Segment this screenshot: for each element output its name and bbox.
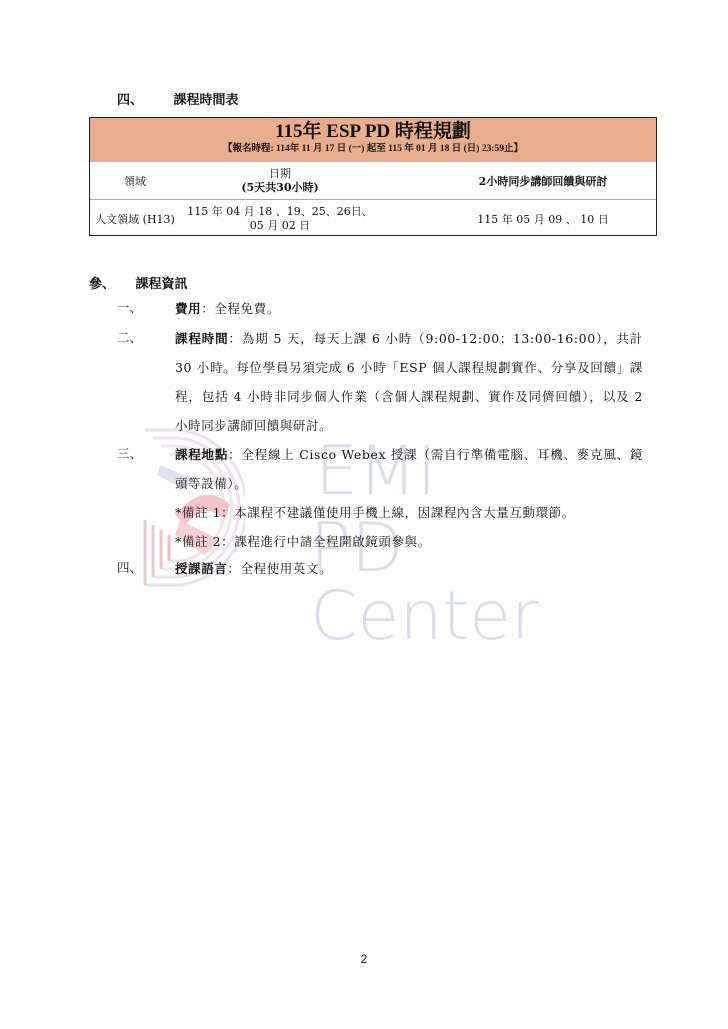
item-1-fee: 費用：全程免費。 [175, 294, 643, 323]
item-4-label: 授課語言 [175, 561, 227, 576]
item-3-label: 課程地點 [175, 447, 228, 462]
table-row: 人文領域 (H13) 115 年 04 月 18 、19、25、26日、 05 … [90, 200, 656, 237]
column-header-dates-line2: (5天共30小時) [180, 181, 380, 195]
section-four-title: 課程時間表 [174, 93, 239, 108]
item-4-language: 授課語言：全程使用英文。 [175, 554, 643, 583]
section-three-title: 課程資訊 [136, 277, 188, 292]
section-four-heading: 四、 課程時間表 [117, 89, 239, 108]
item-1-text: ：全程免費。 [201, 301, 280, 316]
section-three-number: 參、 [89, 273, 131, 292]
section-three-heading: 參、 課程資訊 [89, 273, 188, 292]
column-header-sync-feedback: 2小時同步講師回饋與研討 [380, 173, 656, 189]
schedule-table-subtitle: 【報名時程: 114年 11 月 17 日 (一) 起至 115 年 01 月 … [90, 142, 656, 156]
schedule-table-header-band: 115年 ESP PD 時程規劃 【報名時程: 114年 11 月 17 日 (… [90, 118, 656, 162]
item-2-text: ：為期 5 天，每天上課 6 小時（9:00-12:00；13:00-16:00… [175, 331, 643, 433]
column-header-dates-line1: 日期 [180, 167, 380, 181]
cell-sync-feedback: 115 年 05 月 09 、 10 日 [380, 211, 656, 227]
cell-dates-line1: 115 年 04 月 18 、19、25、26日、 [180, 205, 380, 219]
item-1-number: 一、 [117, 301, 142, 315]
item-3-number: 三、 [117, 447, 142, 461]
cell-field: 人文領域 (H13) [90, 211, 180, 227]
cell-dates: 115 年 04 月 18 、19、25、26日、 05 月 02 日 [180, 205, 380, 233]
cell-dates-line2: 05 月 02 日 [180, 219, 380, 233]
item-3-note-1: *備註 1：本課程不建議僅使用手機上線，因課程內含大量互動環節。 [175, 498, 643, 527]
page-number: 2 [0, 952, 728, 966]
column-header-dates: 日期 (5天共30小時) [180, 167, 380, 195]
schedule-table-column-headers: 領域 日期 (5天共30小時) 2小時同步講師回饋與研討 [90, 162, 656, 200]
section-four-number: 四、 [117, 89, 169, 108]
item-2-course-time: 課程時間：為期 5 天，每天上課 6 小時（9:00-12:00；13:00-1… [175, 324, 643, 440]
item-4-number: 四、 [117, 561, 142, 575]
item-2-label: 課程時間 [175, 331, 229, 346]
item-4-text: ：全程使用英文。 [227, 561, 332, 576]
item-3-text: ：全程線上 Cisco Webex 授課（需自行準備電腦、耳機、麥克風、鏡頭等設… [175, 447, 643, 491]
item-1-label: 費用 [175, 301, 201, 316]
item-3-note-2: *備註 2：課程進行中請全程開啟鏡頭參與。 [175, 527, 643, 556]
item-3-location: 課程地點：全程線上 Cisco Webex 授課（需自行準備電腦、耳機、麥克風、… [175, 440, 643, 556]
schedule-table-title: 115年 ESP PD 時程規劃 [90, 118, 656, 142]
item-2-number: 二、 [117, 331, 142, 345]
column-header-field: 領域 [90, 173, 180, 189]
schedule-table: 115年 ESP PD 時程規劃 【報名時程: 114年 11 月 17 日 (… [89, 117, 657, 236]
